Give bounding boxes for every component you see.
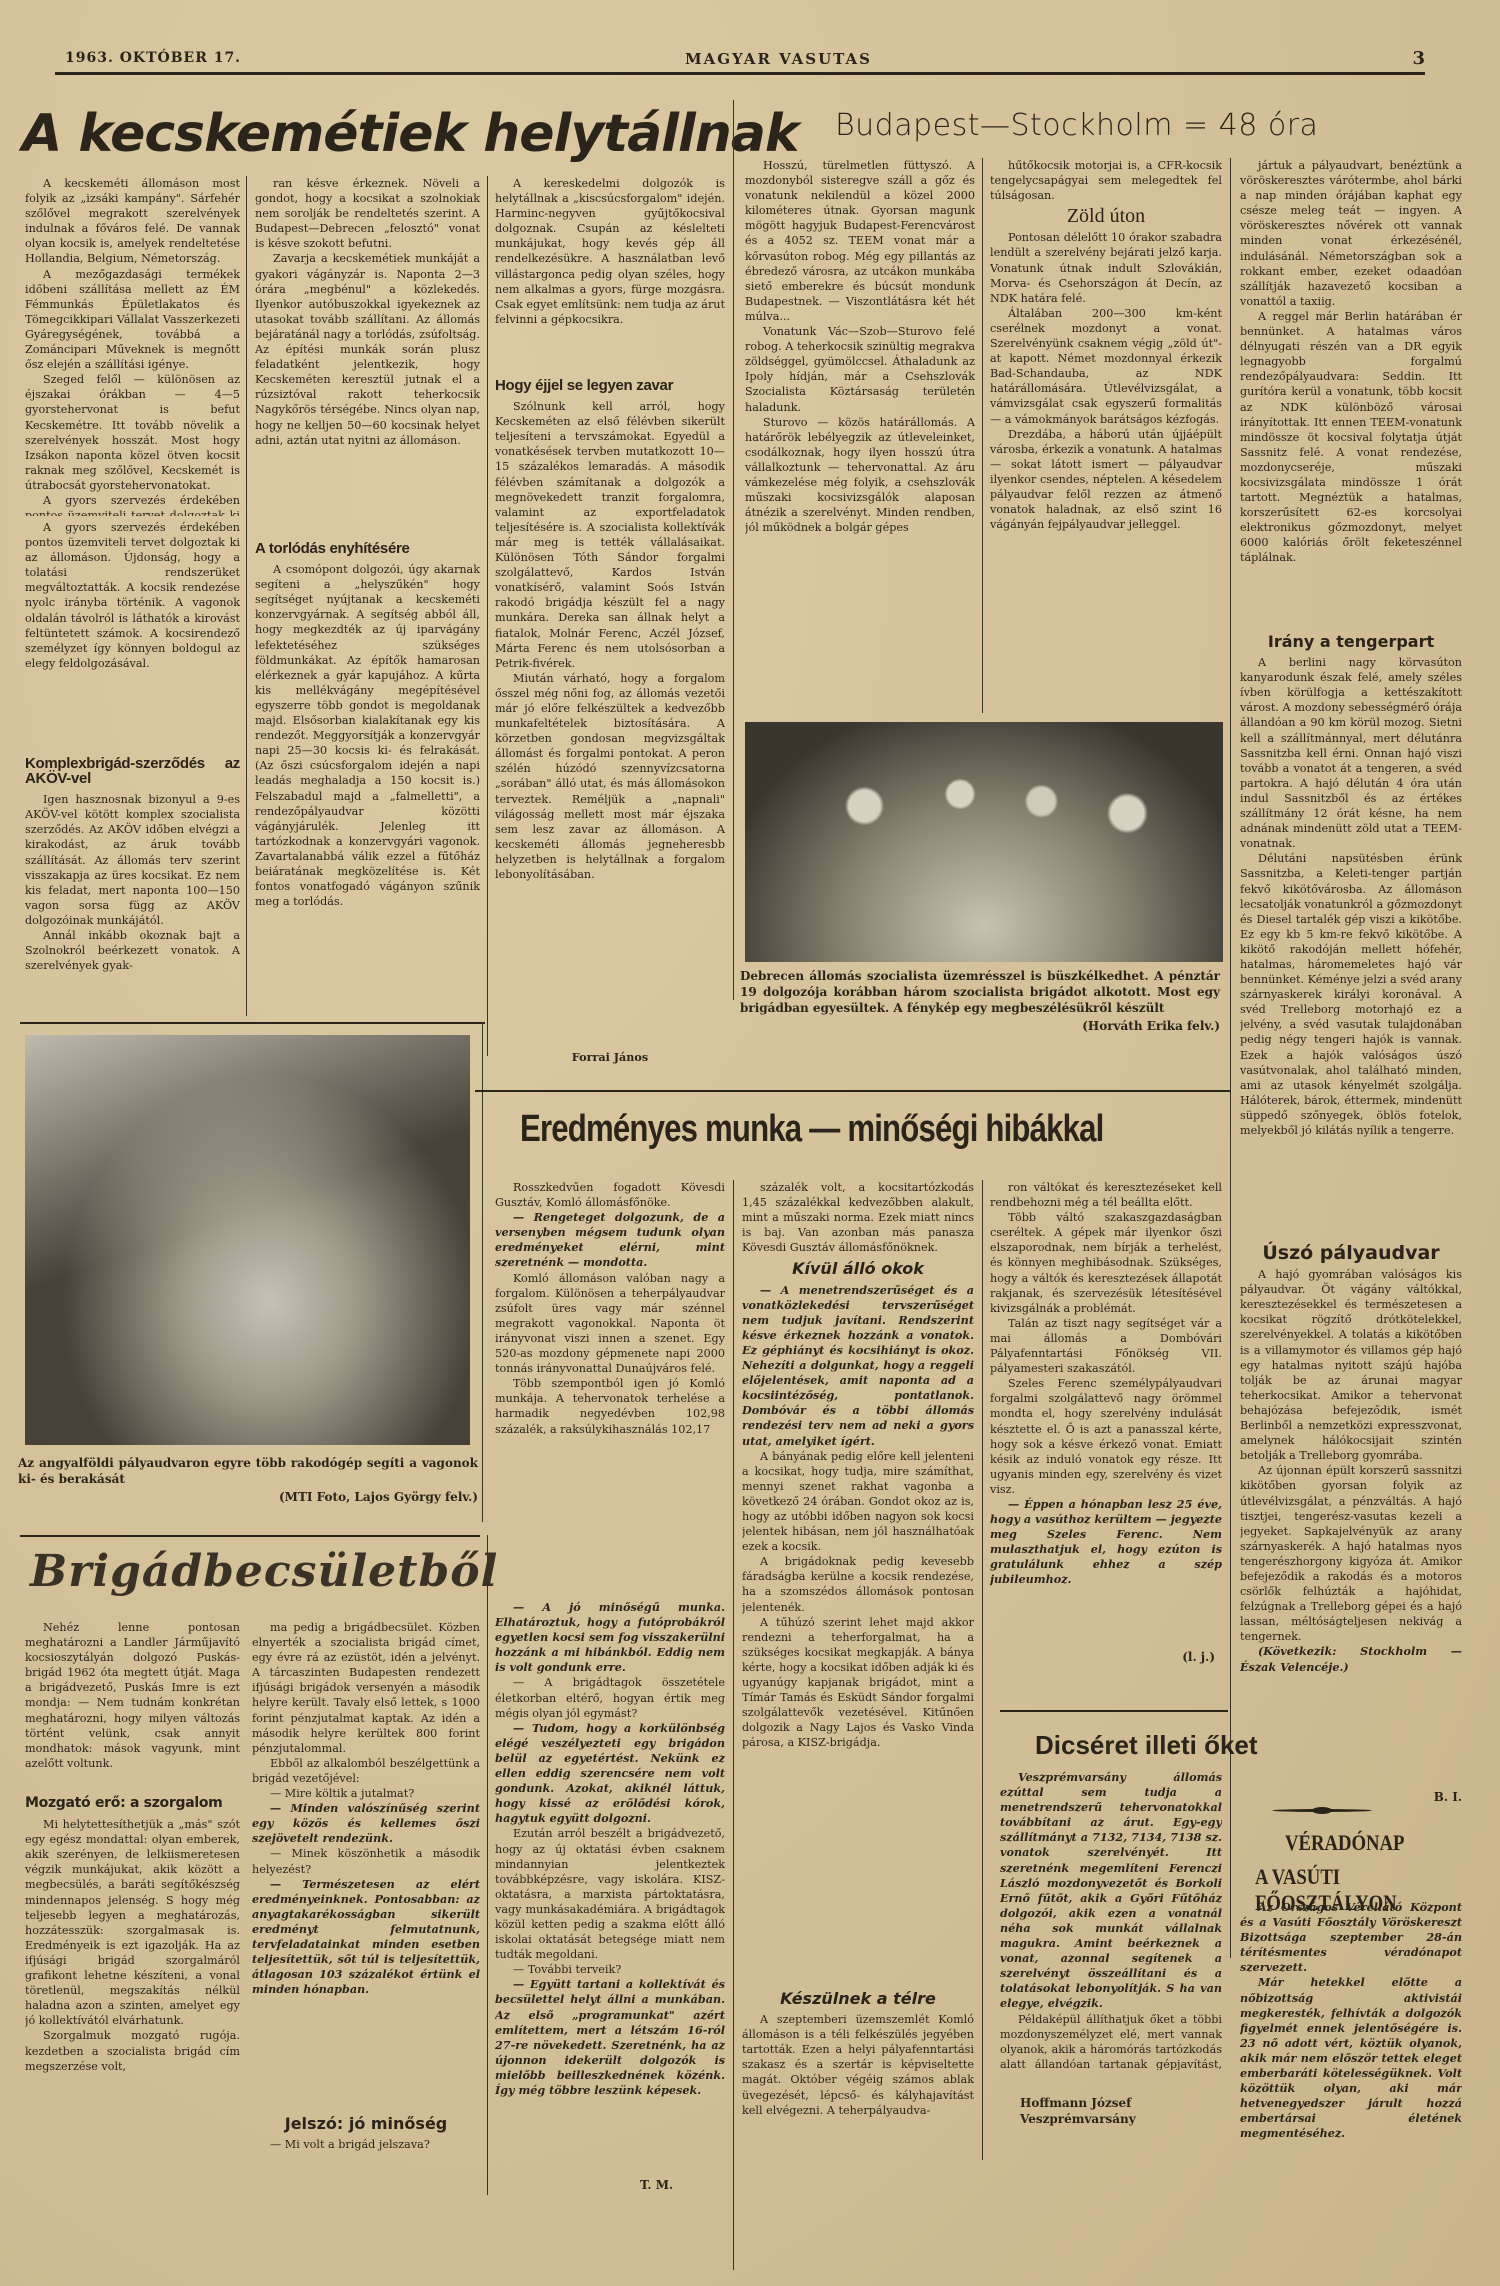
paragraph: A reggel már Berlin határában ér bennünk… — [1240, 309, 1462, 566]
paragraph: Annál inkább okoznak bajt a Szolnokról b… — [25, 928, 240, 973]
column-divider — [982, 1180, 983, 2160]
paragraph: — Minek köszönhetik a második helyezést? — [252, 1846, 480, 1876]
paragraph: Vonatunk Vác—Szob—Sturovo felé robog. A … — [745, 324, 975, 415]
paragraph: A hajó gyomrában valóságos kis pályaudva… — [1240, 1267, 1462, 1463]
headline-stockholm: Budapest—Stockholm = 48 óra — [835, 108, 1318, 143]
paragraph: Talán az tiszt nagy segítséget vár a mai… — [990, 1316, 1222, 1376]
paragraph: Szólnunk kell arról, hogy Kecskeméten az… — [495, 399, 725, 671]
stockholm-uszo-section: Úszó pályaudvar A hajó gyomrában valóság… — [1240, 1240, 1462, 1780]
kecskemet-torlodas-section: A torlódás enyhítésére A csomópont dolgo… — [255, 535, 480, 1015]
paragraph: — A menetrendszerűséget és a vonatközlek… — [742, 1283, 974, 1449]
brigad-jelszo-section: Jelszó: jó minőség — Mi volt a brigád je… — [252, 2110, 480, 2200]
paragraph: A szeptemberi üzemszemlét Komló állomáso… — [742, 2012, 974, 2118]
newspaper-title: MAGYAR VASUTAS — [685, 50, 872, 68]
eredmenyes-signature: (l. j.) — [990, 1650, 1215, 1664]
stockholm-irany-section: Irány a tengerpart A berlini nagy körvas… — [1240, 628, 1462, 1236]
paragraph: Az újonnan épült korszerű sassnitzi kikö… — [1240, 1463, 1462, 1644]
brigad-column-2: ma pedig a brigádbecsület. Közben elnyer… — [252, 1620, 480, 2090]
paragraph: Szeles Ferenc személypályaudvari forgalm… — [990, 1376, 1222, 1497]
paragraph: Az Országos Vérellátó Központ és a Vasút… — [1240, 1900, 1462, 1975]
caption-angyalfold: Az angyalföldi pályaudvaron egyre több r… — [18, 1455, 478, 1505]
paragraph: — Együtt tartani a kollektívát és becsül… — [495, 1977, 725, 2098]
photo-debrecen-brigade — [745, 722, 1223, 962]
paragraph: Igen hasznosnak bizonyul a 9-es AKÖV-vel… — [25, 792, 240, 928]
paragraph: Drezdába, a háború után újjáépült városb… — [990, 427, 1222, 533]
paragraph: Veszprémvarsány állomás ezúttal sem tudj… — [1000, 1770, 1222, 2012]
subheading-keszulnek: Készülnek a télre — [742, 1991, 974, 2006]
paragraph: — Mi volt a brigád jelszava? — [252, 2137, 480, 2152]
paragraph: Szorgalmuk mozgató rugója. kezdetben a s… — [25, 2028, 240, 2073]
paragraph: Sturovo — közös határállomás. A határőrö… — [745, 415, 975, 536]
column-divider — [482, 1022, 483, 1522]
paragraph: Miután várható, hogy a forgalom ősszel m… — [495, 671, 725, 882]
subheading-zold-uton: Zöld úton — [990, 209, 1222, 224]
kecskemet-column-3: A kereskedelmi dolgozók is helytállnak a… — [495, 176, 725, 366]
column-divider — [733, 100, 734, 1000]
subheading-kivul: Kívül álló okok — [742, 1261, 974, 1276]
caption-debrecen: Debrecen állomás szocialista üzemrésszel… — [740, 968, 1220, 1034]
author-name: Hoffmann József — [1020, 2095, 1136, 2111]
paragraph: A kecskeméti állomáson most folyik az „i… — [25, 176, 240, 267]
headline-brigadbecsuletbol: Brigádbecsületből — [30, 1546, 498, 1597]
section-rule — [1000, 1710, 1228, 1712]
column-divider — [487, 1535, 488, 2195]
headline-kecskemet: A kecskemétiek helytállnak — [22, 104, 799, 164]
subheading-uszo: Úszó pályaudvar — [1240, 1246, 1462, 1261]
paragraph: hűtőkocsik motorjai is, a CFR-kocsik ten… — [990, 158, 1222, 203]
subheading-akov: Komplexbrigád-szerződés az AKÖV-vel — [25, 756, 240, 786]
dicseret-signature: Hoffmann József Veszprémvarsány — [1020, 2095, 1136, 2127]
paragraph: Szeged felől — különösen az éjszakai órá… — [25, 372, 240, 493]
brigad-column-1: Nehéz lenne pontosan meghatározni a Land… — [25, 1620, 240, 1790]
eredmenyes-column-1: Rosszkedvűen fogadott Kövesdi Gusztáv, K… — [495, 1180, 725, 1600]
issue-date: 1963. OKTÓBER 17. — [65, 50, 241, 66]
caption-text: Az angyalföldi pályaudvaron egyre több r… — [18, 1456, 478, 1486]
stockholm-column-2: hűtőkocsik motorjai is, a CFR-kocsik ten… — [990, 158, 1222, 713]
column-divider — [733, 1180, 734, 2270]
paragraph: A tűhúzó szerint lehet majd akkor rendez… — [742, 1615, 974, 1751]
paragraph: — Éppen a hónapban lesz 25 éve, hogy a v… — [990, 1497, 1222, 1588]
column-divider — [982, 158, 983, 713]
page-number: 3 — [1412, 48, 1425, 69]
ornament-divider — [1272, 1809, 1372, 1812]
paragraph: A csomópont dolgozói, úgy akarnak segíte… — [255, 562, 480, 909]
paragraph: Rosszkedvűen fogadott Kövesdi Gusztáv, K… — [495, 1180, 725, 1210]
paragraph: — Minden valószínűség szerint egy közös … — [252, 1801, 480, 1846]
paragraph: A brigádoknak pedig kevesebb fáradságba … — [742, 1554, 974, 1614]
dicseret-body: Veszprémvarsány állomás ezúttal sem tudj… — [1000, 1770, 1222, 2070]
keszulnek-section: Készülnek a télre A szeptemberi üzemszem… — [742, 1985, 974, 2185]
kecskemet-signature-block: Forrai János — [495, 1050, 725, 1070]
paragraph: A gyors szervezés érdekében pontos üzemv… — [25, 493, 240, 516]
paragraph: Nehéz lenne pontosan meghatározni a Land… — [25, 1620, 240, 1771]
kecskemet-column-1: A kecskeméti állomáson most folyik az „i… — [25, 176, 240, 516]
paragraph: Ezután arról beszélt a brigádvezető, hog… — [495, 1826, 725, 1962]
paragraph: ron váltókat és keresztezéseket kell ren… — [990, 1180, 1222, 1210]
paragraph: — Tudom, hogy a korkülönbség elégé veszé… — [495, 1721, 725, 1827]
paragraph: — További terveik? — [495, 1962, 725, 1977]
subheading-jelszo: Jelszó: jó minőség — [252, 2116, 480, 2131]
brigad-signature: T. M. — [640, 2178, 673, 2192]
section-rule — [20, 1022, 485, 1024]
stockholm-column-1: Hosszú, türelmetlen füttyszó. A mozdonyb… — [745, 158, 975, 713]
photo-credit: (Horváth Erika felv.) — [740, 1018, 1220, 1034]
subheading-irany: Irány a tengerpart — [1240, 634, 1462, 649]
paragraph: — Mire költik a jutalmat? — [252, 1786, 480, 1801]
paragraph: A gyors szervezés érdekében pontos üzemv… — [25, 520, 240, 671]
paragraph: Példaképül állíthatjuk őket a többi mozd… — [1000, 2012, 1222, 2071]
subheading-mozgato: Mozgató erő: a szorgalom — [25, 1796, 240, 1811]
paragraph: Több szempontból igen jó Komló munkája. … — [495, 1376, 725, 1436]
paragraph: — A brigádtagok összetétele életkorban e… — [495, 1675, 725, 1720]
paragraph: Pontosan délelőtt 10 órakor szabadra len… — [990, 230, 1222, 305]
headline-dicseret: Dicséret illeti őket — [1035, 1730, 1258, 1761]
eredmenyes-column-2: százalék volt, a kocsitartózkodás 1,45 s… — [742, 1180, 974, 1970]
section-rule — [20, 1535, 480, 1537]
brigad-column-3: — A jó minőségű munka. Elhatároztuk, hog… — [495, 1600, 725, 2175]
column-divider — [487, 176, 488, 1056]
column-divider — [1230, 158, 1231, 1958]
paragraph: (Következik: Stockholm — Észak Velencéje… — [1240, 1644, 1462, 1674]
author-signature: Forrai János — [495, 1050, 725, 1065]
eredmenyes-column-3: ron váltókat és keresztezéseket kell ren… — [990, 1180, 1222, 1640]
paragraph: Ebből az alkalomból beszélgettünk a brig… — [252, 1756, 480, 1786]
paragraph: Zavarja a kecskemétiek munkáját a gyakor… — [255, 251, 480, 447]
paragraph: — Rengeteget dolgozunk, de a versenyben … — [495, 1210, 725, 1270]
paragraph: A mezőgazdasági termékek időbeni szállít… — [25, 267, 240, 373]
subheading-ejjel: Hogy éjjel se legyen zavar — [495, 378, 725, 393]
paragraph: Már hetekkel előtte a nőbizottság aktivi… — [1240, 1975, 1462, 2141]
paragraph: A bányának pedig előre kell jelenteni a … — [742, 1449, 974, 1555]
brigad-mozgato-section: Mozgató erő: a szorgalom Mi helytettesít… — [25, 1790, 240, 2200]
paragraph: Délutáni napsütésben érünk Sassnitzba, a… — [1240, 851, 1462, 1138]
kecskemet-ejjel-section: Hogy éjjel se legyen zavar Szólnunk kell… — [495, 372, 725, 1032]
paragraph: Hosszú, türelmetlen füttyszó. A mozdonyb… — [745, 158, 975, 324]
paragraph: Mi helytettesíthetjük a „más" szót egy e… — [25, 1817, 240, 2028]
paragraph: — A jó minőségű munka. Elhatároztuk, hog… — [495, 1600, 725, 1675]
paragraph: Komló állomáson valóban nagy a forgalom.… — [495, 1271, 725, 1377]
paragraph: Általában 200—300 km-ként cserélnek mozd… — [990, 306, 1222, 427]
kecskemet-column-2: ran késve érkeznek. Növeli a gondot, hog… — [255, 176, 480, 516]
headline-eredmenyes: Eredményes munka — minőségi hibákkal — [520, 1108, 1104, 1151]
stockholm-signature: B. I. — [1240, 1790, 1462, 1804]
masthead: 1963. OKTÓBER 17. MAGYAR VASUTAS 3 — [55, 48, 1425, 75]
paragraph: — Természetesen az elért eredményeinknek… — [252, 1877, 480, 1998]
paragraph: Több váltó szakaszgazdaságban cseréltek.… — [990, 1210, 1222, 1316]
paragraph: százalék volt, a kocsitartózkodás 1,45 s… — [742, 1180, 974, 1255]
paragraph: A berlini nagy körvasúton kanyarodunk és… — [1240, 655, 1462, 851]
paragraph: jártuk a pályaudvart, benéztünk a vörösk… — [1240, 158, 1462, 309]
headline-veradonap-line1: VÉRADÓNAP — [1285, 1830, 1404, 1856]
column-divider — [246, 176, 247, 1016]
paragraph: A kereskedelmi dolgozók is helytállnak a… — [495, 176, 725, 327]
author-place: Veszprémvarsány — [1020, 2111, 1136, 2127]
stockholm-column-3: jártuk a pályaudvart, benéztünk a vörösk… — [1240, 158, 1462, 628]
paragraph: ma pedig a brigádbecsület. Közben elnyer… — [252, 1620, 480, 1756]
section-rule — [475, 1090, 1230, 1092]
veradonap-body: Az Országos Vérellátó Központ és a Vasút… — [1240, 1900, 1462, 2180]
kecskemet-column-1-cont: A gyors szervezés érdekében pontos üzemv… — [25, 520, 240, 745]
subheading-torlodas: A torlódás enyhítésére — [255, 541, 480, 556]
kecskemet-akov-section: Komplexbrigád-szerződés az AKÖV-vel Igen… — [25, 750, 240, 1020]
caption-text: Debrecen állomás szocialista üzemrésszel… — [740, 969, 1220, 1015]
photo-angyalfold-loader — [25, 1035, 470, 1445]
paragraph: ran késve érkeznek. Növeli a gondot, hog… — [255, 176, 480, 251]
photo-credit: (MTI Foto, Lajos György felv.) — [18, 1489, 478, 1505]
